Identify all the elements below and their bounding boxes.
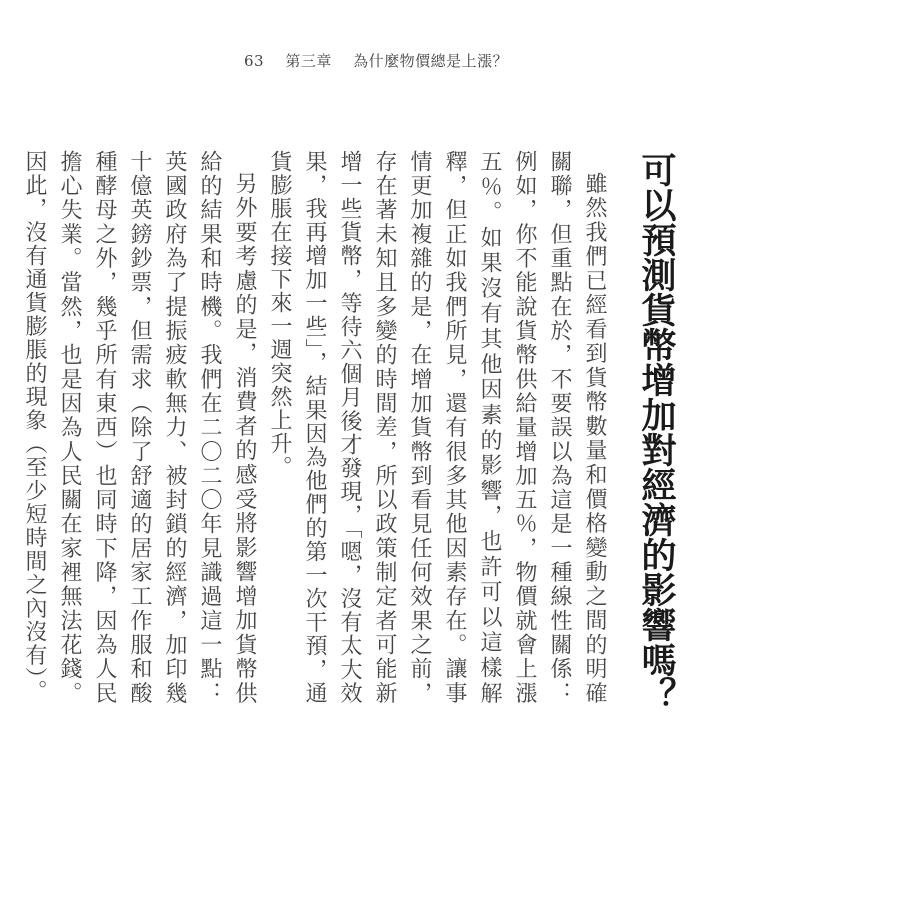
running-header: 63 第三章 為什麼物價總是上漲？ [244, 50, 524, 71]
paragraph-2: 另外要考慮的是，消費者的感受將影響增加貨幣供給的結果和時機。我們在二〇二〇年見識… [17, 150, 262, 705]
page-number: 63 [244, 52, 264, 70]
chapter-label: 第三章 [285, 52, 332, 70]
page-body: 可以預測貨幣增加對經濟的影響嗎？ 雖然我們已經看到貨幣數量和價格變動之間的明確關… [17, 150, 678, 890]
chapter-title: 為什麼物價總是上漲？ [353, 52, 508, 70]
section-title: 可以預測貨幣增加對經濟的影響嗎？ [634, 150, 678, 752]
paragraph-1: 雖然我們已經看到貨幣數量和價格變動之間的明確關聯，但重點在於，不要誤以為這是一種… [262, 150, 612, 705]
